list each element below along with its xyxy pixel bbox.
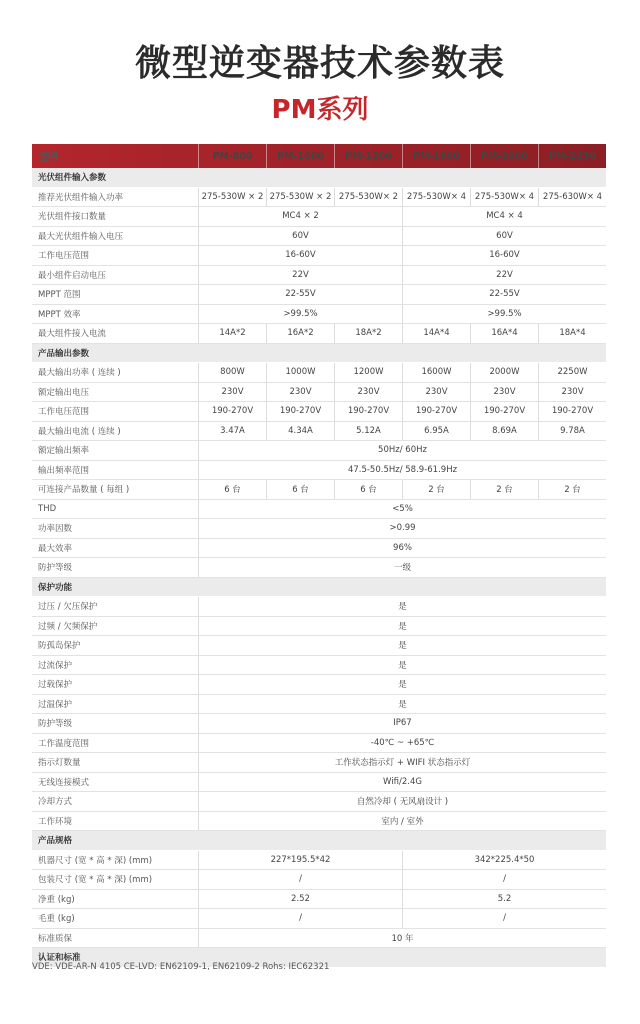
cell-value: 1600W bbox=[402, 363, 470, 382]
row-label: MPPT 范围 bbox=[32, 285, 198, 304]
row-label: 额定输出电压 bbox=[32, 383, 198, 402]
row-label: THD bbox=[32, 500, 198, 519]
cell-value: 室内 / 室外 bbox=[198, 812, 606, 831]
header-model: PM-800 bbox=[198, 144, 266, 168]
table-row: THD <5% bbox=[32, 500, 606, 520]
cell-value: 2 台 bbox=[402, 480, 470, 499]
cell-value: / bbox=[402, 870, 606, 889]
table-row: 防护等级 一级 bbox=[32, 558, 606, 578]
cell-value: / bbox=[198, 870, 402, 889]
section-header: 保护功能 bbox=[32, 578, 606, 598]
cell-value: 是 bbox=[198, 656, 606, 675]
section-header: 产品输出参数 bbox=[32, 344, 606, 364]
cell-value: 10 年 bbox=[198, 929, 606, 948]
cell-value: 275-530W× 4 bbox=[470, 188, 538, 207]
section-title: 产品输出参数 bbox=[32, 344, 606, 363]
cell-value: -40℃ ~ +65℃ bbox=[198, 734, 606, 753]
page-title: 微型逆变器技术参数表 bbox=[0, 40, 640, 88]
series-subtitle: PM系列 bbox=[0, 93, 640, 127]
cell-value: 22V bbox=[198, 266, 402, 285]
table-row: 机器尺寸 (宽 * 高 * 深) (mm) 227*195.5*42 342*2… bbox=[32, 851, 606, 871]
row-label: 冷却方式 bbox=[32, 792, 198, 811]
table-row: 毛重 (kg) / / bbox=[32, 909, 606, 929]
cell-value: 275-530W × 2 bbox=[198, 188, 266, 207]
cell-value: 342*225.4*50 bbox=[402, 851, 606, 870]
table-row: 光伏组件接口数量 MC4 × 2 MC4 × 4 bbox=[32, 207, 606, 227]
cell-value: 18A*2 bbox=[334, 324, 402, 343]
cell-value: 190-270V bbox=[538, 402, 606, 421]
row-label: 工作环境 bbox=[32, 812, 198, 831]
table-row: 工作温度范围 -40℃ ~ +65℃ bbox=[32, 734, 606, 754]
cell-value: / bbox=[198, 909, 402, 928]
row-label: 最小组件启动电压 bbox=[32, 266, 198, 285]
cell-value: 60V bbox=[198, 227, 402, 246]
row-label: 工作电压范围 bbox=[32, 246, 198, 265]
row-label: 推荐光伏组件输入功率 bbox=[32, 188, 198, 207]
cell-value: 是 bbox=[198, 675, 606, 694]
cell-value: 275-630W× 4 bbox=[538, 188, 606, 207]
table-row: 指示灯数量 工作状态指示灯 + WIFI 状态指示灯 bbox=[32, 753, 606, 773]
row-label: 过压 / 欠压保护 bbox=[32, 597, 198, 616]
row-label: 包装尺寸 (宽 * 高 * 深) (mm) bbox=[32, 870, 198, 889]
table-row: 推荐光伏组件输入功率 275-530W × 2 275-530W × 2 275… bbox=[32, 188, 606, 208]
row-label: 工作温度范围 bbox=[32, 734, 198, 753]
section-header: 产品规格 bbox=[32, 831, 606, 851]
cell-value: 190-270V bbox=[266, 402, 334, 421]
row-label: 过温保护 bbox=[32, 695, 198, 714]
cell-value: 230V bbox=[538, 383, 606, 402]
table-row: 过温保护 是 bbox=[32, 695, 606, 715]
cell-value: 6.95A bbox=[402, 422, 470, 441]
row-label: 最大光伏组件输入电压 bbox=[32, 227, 198, 246]
cell-value: 22V bbox=[402, 266, 606, 285]
header-model: PM-1200 bbox=[334, 144, 402, 168]
cell-value: 6 台 bbox=[198, 480, 266, 499]
cell-value: 6 台 bbox=[266, 480, 334, 499]
cell-value: 190-270V bbox=[470, 402, 538, 421]
row-label: 过流保护 bbox=[32, 656, 198, 675]
cell-value: 16A*2 bbox=[266, 324, 334, 343]
cell-value: 60V bbox=[402, 227, 606, 246]
table-row: 可连接产品数量 ( 每组 ) 6 台 6 台 6 台 2 台 2 台 2 台 bbox=[32, 480, 606, 500]
row-label: 过载保护 bbox=[32, 675, 198, 694]
table-row: 最大输出电流 ( 连续 ) 3.47A 4.34A 5.12A 6.95A 8.… bbox=[32, 422, 606, 442]
cell-value: MC4 × 4 bbox=[402, 207, 606, 226]
cell-value: 230V bbox=[402, 383, 470, 402]
cell-value: 3.47A bbox=[198, 422, 266, 441]
table-row: MPPT 效率 >99.5% >99.5% bbox=[32, 305, 606, 325]
table-row: 最大效率 96% bbox=[32, 539, 606, 559]
cell-value: IP67 bbox=[198, 714, 606, 733]
cell-value: 22-55V bbox=[198, 285, 402, 304]
cell-value: 275-530W× 4 bbox=[402, 188, 470, 207]
cell-value: 2250W bbox=[538, 363, 606, 382]
cell-value: >99.5% bbox=[198, 305, 402, 324]
table-row: 最小组件启动电压 22V 22V bbox=[32, 266, 606, 286]
table-row: 额定输出电压 230V 230V 230V 230V 230V 230V bbox=[32, 383, 606, 403]
row-label: 指示灯数量 bbox=[32, 753, 198, 772]
table-header: 型号 PM-800 PM-1000 PM-1200 PM-1600 PM-200… bbox=[32, 144, 606, 168]
table-row: 过流保护 是 bbox=[32, 656, 606, 676]
table-row: 工作环境 室内 / 室外 bbox=[32, 812, 606, 832]
table-row: 过压 / 欠压保护 是 bbox=[32, 597, 606, 617]
cell-value: MC4 × 2 bbox=[198, 207, 402, 226]
cell-value: >99.5% bbox=[402, 305, 606, 324]
row-label: 机器尺寸 (宽 * 高 * 深) (mm) bbox=[32, 851, 198, 870]
row-label: 最大输出电流 ( 连续 ) bbox=[32, 422, 198, 441]
table-row: 工作电压范围 16-60V 16-60V bbox=[32, 246, 606, 266]
cell-value: 275-530W× 2 bbox=[334, 188, 402, 207]
cell-value: 2000W bbox=[470, 363, 538, 382]
table-row: MPPT 范围 22-55V 22-55V bbox=[32, 285, 606, 305]
cell-value: 230V bbox=[266, 383, 334, 402]
cell-value: 16A*4 bbox=[470, 324, 538, 343]
table-row: 包装尺寸 (宽 * 高 * 深) (mm) / / bbox=[32, 870, 606, 890]
section-title: 光伏组件输入参数 bbox=[32, 168, 606, 187]
cell-value: 16-60V bbox=[198, 246, 402, 265]
section-title: 产品规格 bbox=[32, 831, 606, 850]
table-row: 额定输出频率 50Hz/ 60Hz bbox=[32, 441, 606, 461]
cell-value: 800W bbox=[198, 363, 266, 382]
table-row: 输出频率范围 47.5-50.5Hz/ 58.9-61.9Hz bbox=[32, 461, 606, 481]
row-label: 光伏组件接口数量 bbox=[32, 207, 198, 226]
header-model: PM-1600 bbox=[402, 144, 470, 168]
section-header: 光伏组件输入参数 bbox=[32, 168, 606, 188]
cell-value: 4.34A bbox=[266, 422, 334, 441]
row-label: MPPT 效率 bbox=[32, 305, 198, 324]
cell-value: Wifi/2.4G bbox=[198, 773, 606, 792]
table-row: 最大光伏组件输入电压 60V 60V bbox=[32, 227, 606, 247]
row-label: 防护等级 bbox=[32, 558, 198, 577]
cell-value: 190-270V bbox=[334, 402, 402, 421]
cell-value: 190-270V bbox=[198, 402, 266, 421]
cell-value: 是 bbox=[198, 597, 606, 616]
cell-value: 2.52 bbox=[198, 890, 402, 909]
cell-value: 275-530W × 2 bbox=[266, 188, 334, 207]
cell-value: 1000W bbox=[266, 363, 334, 382]
header-model: PM-1000 bbox=[266, 144, 334, 168]
table-row: 净重 (kg) 2.52 5.2 bbox=[32, 890, 606, 910]
table-row: 过载保护 是 bbox=[32, 675, 606, 695]
cell-value: 9.78A bbox=[538, 422, 606, 441]
cell-value: / bbox=[402, 909, 606, 928]
cell-value: 230V bbox=[470, 383, 538, 402]
row-label: 工作电压范围 bbox=[32, 402, 198, 421]
row-label: 最大效率 bbox=[32, 539, 198, 558]
section-title: 保护功能 bbox=[32, 578, 606, 597]
cell-value: 工作状态指示灯 + WIFI 状态指示灯 bbox=[198, 753, 606, 772]
row-label: 防孤岛保护 bbox=[32, 636, 198, 655]
row-label: 无线连接模式 bbox=[32, 773, 198, 792]
row-label: 功率因数 bbox=[32, 519, 198, 538]
table-row: 冷却方式 自然冷却 ( 无风扇设计 ) bbox=[32, 792, 606, 812]
cell-value: 230V bbox=[334, 383, 402, 402]
row-label: 过频 / 欠频保护 bbox=[32, 617, 198, 636]
row-label: 防护等级 bbox=[32, 714, 198, 733]
row-label: 毛重 (kg) bbox=[32, 909, 198, 928]
header-model: PM-2250 bbox=[538, 144, 606, 168]
cell-value: >0.99 bbox=[198, 519, 606, 538]
row-label: 额定输出频率 bbox=[32, 441, 198, 460]
cell-value: 230V bbox=[198, 383, 266, 402]
cell-value: 自然冷却 ( 无风扇设计 ) bbox=[198, 792, 606, 811]
cell-value: 50Hz/ 60Hz bbox=[198, 441, 606, 460]
row-label: 输出频率范围 bbox=[32, 461, 198, 480]
table-row: 无线连接模式 Wifi/2.4G bbox=[32, 773, 606, 793]
table-row: 最大组件接入电流 14A*2 16A*2 18A*2 14A*4 16A*4 1… bbox=[32, 324, 606, 344]
row-label: 标准质保 bbox=[32, 929, 198, 948]
cell-value: 14A*4 bbox=[402, 324, 470, 343]
table-row: 过频 / 欠频保护 是 bbox=[32, 617, 606, 637]
cell-value: 8.69A bbox=[470, 422, 538, 441]
cell-value: 一级 bbox=[198, 558, 606, 577]
cell-value: 14A*2 bbox=[198, 324, 266, 343]
cell-value: 47.5-50.5Hz/ 58.9-61.9Hz bbox=[198, 461, 606, 480]
header-model-label: 型号 bbox=[32, 144, 198, 168]
table-row: 最大输出功率 ( 连续 ) 800W 1000W 1200W 1600W 200… bbox=[32, 363, 606, 383]
table-row: 功率因数 >0.99 bbox=[32, 519, 606, 539]
cell-value: 5.12A bbox=[334, 422, 402, 441]
spec-table: 型号 PM-800 PM-1000 PM-1200 PM-1600 PM-200… bbox=[32, 144, 606, 968]
header-model: PM-2000 bbox=[470, 144, 538, 168]
cell-value: 是 bbox=[198, 617, 606, 636]
row-label: 可连接产品数量 ( 每组 ) bbox=[32, 480, 198, 499]
cell-value: 是 bbox=[198, 636, 606, 655]
cell-value: 1200W bbox=[334, 363, 402, 382]
table-row: 防护等级 IP67 bbox=[32, 714, 606, 734]
cell-value: 2 台 bbox=[470, 480, 538, 499]
table-row: 工作电压范围 190-270V 190-270V 190-270V 190-27… bbox=[32, 402, 606, 422]
row-label: 净重 (kg) bbox=[32, 890, 198, 909]
cell-value: 227*195.5*42 bbox=[198, 851, 402, 870]
cell-value: 96% bbox=[198, 539, 606, 558]
table-row: 标准质保 10 年 bbox=[32, 929, 606, 949]
cell-value: 22-55V bbox=[402, 285, 606, 304]
row-label: 最大输出功率 ( 连续 ) bbox=[32, 363, 198, 382]
cell-value: 18A*4 bbox=[538, 324, 606, 343]
row-label: 最大组件接入电流 bbox=[32, 324, 198, 343]
table-row: 防孤岛保护 是 bbox=[32, 636, 606, 656]
cell-value: 16-60V bbox=[402, 246, 606, 265]
cell-value: 5.2 bbox=[402, 890, 606, 909]
cell-value: 2 台 bbox=[538, 480, 606, 499]
cell-value: <5% bbox=[198, 500, 606, 519]
cell-value: 是 bbox=[198, 695, 606, 714]
cell-value: 190-270V bbox=[402, 402, 470, 421]
certification-text: VDE: VDE-AR-N 4105 CE-LVD: EN62109-1, EN… bbox=[32, 962, 329, 972]
cell-value: 6 台 bbox=[334, 480, 402, 499]
